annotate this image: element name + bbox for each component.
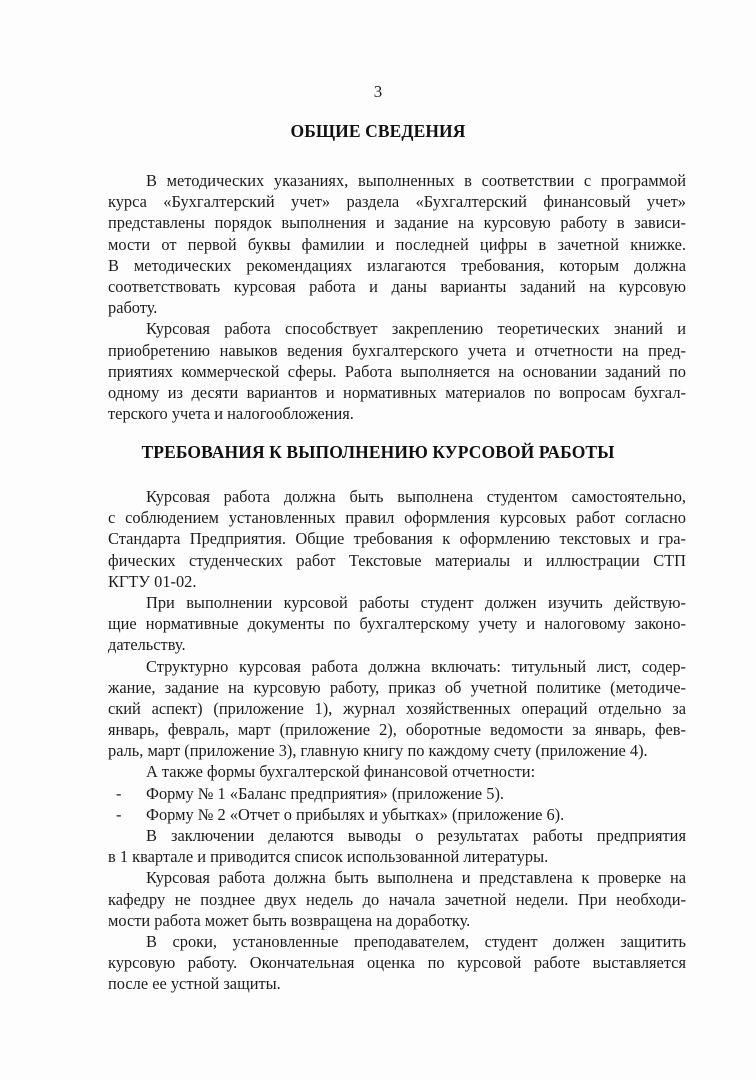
page-number: 3	[0, 82, 756, 102]
text-line: жание, задание на курсовую работу, прика…	[108, 677, 686, 698]
text-line: одному из десяти вариантов и нормативных…	[108, 382, 686, 403]
text-line: с соблюдением установленных правил оформ…	[108, 507, 686, 528]
text-line: Курсовая работа должна быть выполнена и …	[108, 867, 686, 888]
paragraph: Курсовая работа способствует закреплению…	[108, 318, 686, 424]
text-line: мости работа может быть возвращена на до…	[108, 910, 686, 931]
text-line: А также формы бухгалтерской финансовой о…	[108, 761, 686, 782]
text-line: Курсовая работа должна быть выполнена ст…	[108, 486, 686, 507]
text-line: дательству.	[108, 634, 686, 655]
text-line: В методических указаниях, выполненных в …	[108, 170, 686, 191]
list-item-text: Форму № 1 «Баланс предприятия» (приложен…	[146, 784, 504, 803]
paragraph: В заключении делаются выводы о результат…	[108, 825, 686, 867]
list-marker: -	[116, 804, 146, 825]
text-line: терского учета и налогообложения.	[108, 403, 686, 424]
text-line: приятиях коммерческой сферы. Работа выпо…	[108, 361, 686, 382]
paragraph: В методических указаниях, выполненных в …	[108, 170, 686, 318]
text-line: раль, март (приложение 3), главную книгу…	[108, 740, 686, 761]
text-line: курса «Бухгалтерский учет» раздела «Бухг…	[108, 191, 686, 212]
paragraph: А также формы бухгалтерской финансовой о…	[108, 761, 686, 782]
paragraph: При выполнении курсовой работы студент д…	[108, 592, 686, 656]
section-heading-requirements: ТРЕБОВАНИЯ К ВЫПОЛНЕНИЮ КУРСОВОЙ РАБОТЫ	[0, 442, 756, 463]
text-line: соответствовать курсовая работа и даны в…	[108, 276, 686, 297]
list-marker: -	[116, 783, 146, 804]
list-item-text: Форму № 2 «Отчет о прибылях и убытках» (…	[146, 805, 564, 824]
report-forms-list: -Форму № 1 «Баланс предприятия» (приложе…	[108, 783, 686, 825]
text-line: При выполнении курсовой работы студент д…	[108, 592, 686, 613]
text-line: Курсовая работа способствует закреплению…	[108, 318, 686, 339]
text-line: ский аспект) (приложение 1), журнал хозя…	[108, 698, 686, 719]
text-line: после ее устной защиты.	[108, 973, 686, 994]
section-requirements-body: Курсовая работа должна быть выполнена ст…	[108, 486, 686, 995]
section-general-info-body: В методических указаниях, выполненных в …	[108, 170, 686, 424]
text-line: работу.	[108, 297, 686, 318]
text-line: курсовую работу. Окончательная оценка по…	[108, 952, 686, 973]
text-line: щие нормативные документы по бухгалтерск…	[108, 613, 686, 634]
text-line: Стандарта Предприятия. Общие требования …	[108, 528, 686, 549]
text-line: В заключении делаются выводы о результат…	[108, 825, 686, 846]
text-line: представлены порядок выполнения и задани…	[108, 212, 686, 233]
paragraph: Курсовая работа должна быть выполнена и …	[108, 867, 686, 931]
list-item: -Форму № 2 «Отчет о прибылях и убытках» …	[108, 804, 686, 825]
section-heading-general-info: ОБЩИЕ СВЕДЕНИЯ	[0, 121, 756, 142]
paragraph: В сроки, установленные преподавателем, с…	[108, 931, 686, 995]
paragraph: Курсовая работа должна быть выполнена ст…	[108, 486, 686, 592]
text-line: приобретению навыков ведения бухгалтерск…	[108, 340, 686, 361]
text-line: В методических рекомендациях излагаются …	[108, 255, 686, 276]
text-line: Структурно курсовая работа должна включа…	[108, 656, 686, 677]
paragraph: Структурно курсовая работа должна включа…	[108, 656, 686, 762]
text-line: фических студенческих работ Текстовые ма…	[108, 550, 686, 571]
document-page: 3 ОБЩИЕ СВЕДЕНИЯ В методических указания…	[0, 0, 756, 1080]
list-item: -Форму № 1 «Баланс предприятия» (приложе…	[108, 783, 686, 804]
text-line: мости от первой буквы фамилии и последне…	[108, 234, 686, 255]
text-line: КГТУ 01-02.	[108, 571, 686, 592]
text-line: январь, февраль, март (приложение 2), об…	[108, 719, 686, 740]
text-line: в 1 квартале и приводится список использ…	[108, 846, 686, 867]
text-line: кафедру не позднее двух недель до начала…	[108, 889, 686, 910]
text-line: В сроки, установленные преподавателем, с…	[108, 931, 686, 952]
